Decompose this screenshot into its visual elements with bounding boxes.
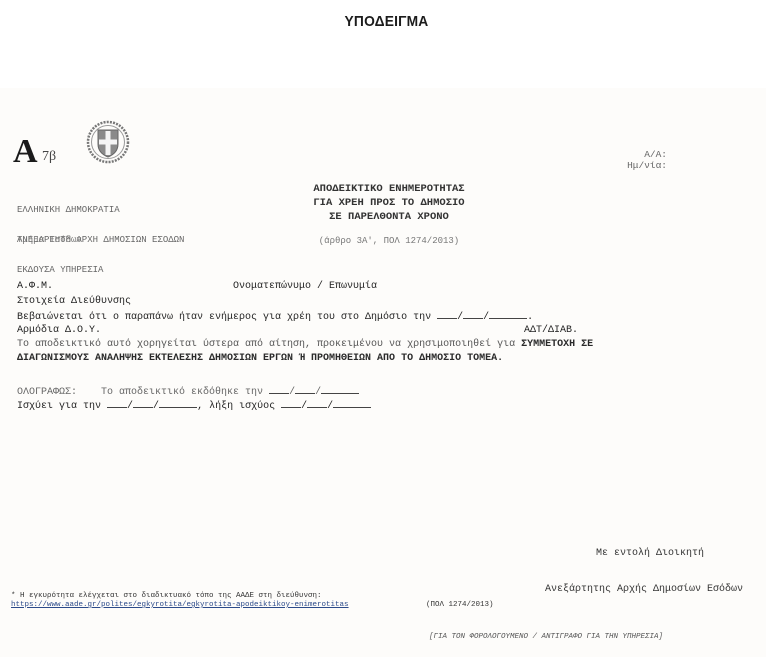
in-words-line: ΟΛΟΓΡΑΦΩΣ: Το αποδεικτικό εκδόθηκε την /… (17, 385, 359, 398)
reference-block: Α/Α: Ημ/νία: (627, 149, 667, 171)
issue-date-label: Ημ/νία: (627, 160, 667, 171)
year-blank (489, 310, 527, 319)
copy-designation: [ΓΙΑ ΤΟΝ ΦΟΡΟΛΟΓΟΥΜΕΝΟ / ΑΝΤΙΓΡΑΦΟ ΓΙΑ Τ… (429, 632, 663, 643)
footer-pol-reference: (ΠΟΛ 1274/2013) (426, 601, 494, 610)
in-words-label: ΟΛΟΓΡΑΦΩΣ: (17, 387, 77, 398)
validity-line: Ισχύει για την //, λήξη ισχύος // (17, 399, 371, 412)
validity-check-link[interactable]: https://www.aade.gr/polites/egkyrotita/e… (11, 601, 349, 610)
issuer-line: ΕΛΛΗΝΙΚΗ ΔΗΜΟΚΡΑΤΙΑ (17, 205, 184, 215)
department-label: Τμήμα Εσόδων (17, 235, 82, 246)
purpose-line-2: ΔΙΑΓΩΝΙΣΜΟΥΣ ΑΝΑΛΗΨΗΣ ΕΚΤΕΛΕΣΗΣ ΔΗΜΟΣΙΩΝ… (17, 353, 503, 364)
legal-basis: (άρθρο 3Α', ΠΟΛ 1274/2013) (260, 236, 518, 246)
name-label: Ονοματεπώνυμο / Επωνυμία (233, 281, 377, 292)
certificate-title: ΑΠΟΔΕΙΚΤΙΚΟ ΕΝΗΜΕΡΟΤΗΤΑΣ ΓΙΑ ΧΡΕΗ ΠΡΟΣ Τ… (260, 182, 518, 224)
address-label: Στοιχεία Διεύθυνσης (17, 296, 131, 307)
title-line: ΣΕ ΠΑΡΕΛΘΟΝΤΑ ΧΡΟΝΟ (260, 210, 518, 224)
tax-office-label: Αρμόδια Δ.Ο.Υ. (17, 325, 101, 336)
id-label: ΑΔΤ/ΔΙΑΒ. (524, 325, 578, 336)
form-logo-code: 7β (42, 150, 56, 164)
valid-for-text: Ισχύει για την (17, 401, 101, 412)
greek-coat-of-arms-icon (86, 120, 130, 164)
title-line: ΑΠΟΔΕΙΚΤΙΚΟ ΕΝΗΜΕΡΟΤΗΤΑΣ (260, 182, 518, 196)
certify-line: Βεβαιώνεται ότι ο παραπάνω ήταν ενήμερος… (17, 310, 533, 323)
expiry-text: , λήξη ισχύος (197, 401, 275, 412)
signature-line-2: Ανεξάρτητης Αρχής Δημοσίων Εσόδων (545, 584, 743, 596)
ref-number-label: Α/Α: (627, 149, 667, 160)
validity-footnote: * Η εγκυρότητα ελέγχεται στο διαδικτυακό… (11, 592, 322, 601)
afm-label: Α.Φ.Μ. (17, 281, 53, 292)
issued-text: Το αποδεικτικό εκδόθηκε την (101, 387, 263, 398)
page-heading: ΥΠΟΔΕΙΓΜΑ (31, 13, 742, 30)
month-blank (463, 310, 483, 319)
issuer-line: ΕΚΔΟΥΣΑ ΥΠΗΡΕΣΙΑ (17, 265, 184, 275)
purpose-line-1: Το αποδεικτικό αυτό χορηγείται ύστερα απ… (17, 339, 593, 350)
certify-text: Βεβαιώνεται ότι ο παραπάνω ήταν ενήμερος… (17, 312, 431, 323)
signature-line-1: Με εντολή Διοικητή (545, 548, 704, 560)
day-blank (437, 310, 457, 319)
signature-block: Με εντολή Διοικητή Ανεξάρτητης Αρχής Δημ… (545, 524, 743, 608)
title-line: ΓΙΑ ΧΡΕΗ ΠΡΟΣ ΤΟ ΔΗΜΟΣΙΟ (260, 196, 518, 210)
form-logo-letter: A (13, 135, 38, 169)
